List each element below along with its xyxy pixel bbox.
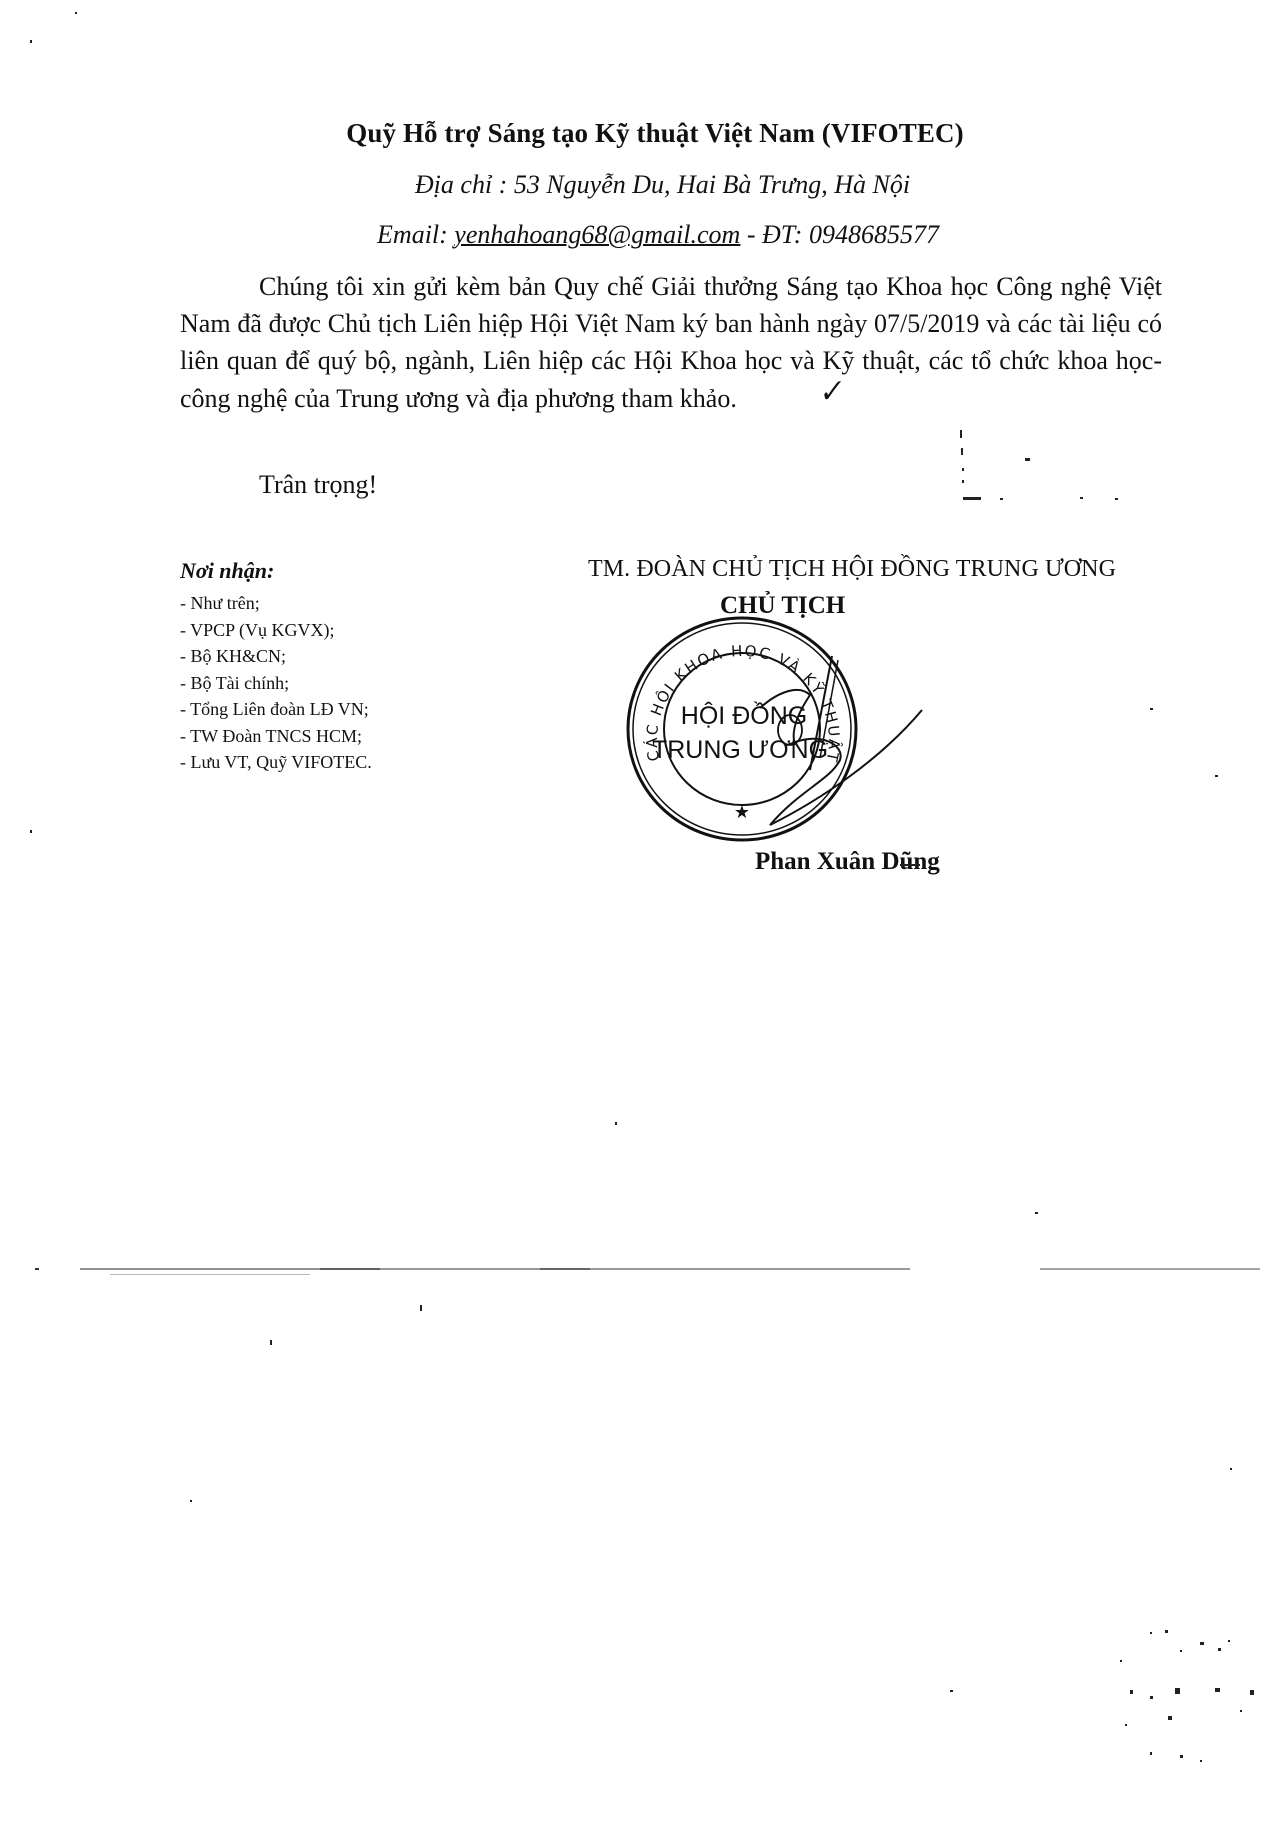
closing-line: Trân trọng! bbox=[259, 470, 377, 500]
organization-name: Quỹ Hỗ trợ Sáng tạo Kỹ thuật Việt Nam (V… bbox=[346, 118, 963, 149]
recipient-item: - VPCP (Vụ KGVX); bbox=[180, 617, 372, 644]
recipient-item: - Bộ KH&CN; bbox=[180, 643, 372, 670]
checkmark-icon: ✓ bbox=[737, 372, 845, 423]
recipients-list: - Như trên; - VPCP (Vụ KGVX); - Bộ KH&CN… bbox=[180, 590, 372, 776]
signer-name: Phan Xuân Dũng bbox=[755, 848, 940, 876]
signature-icon bbox=[760, 650, 990, 850]
contact-line: Email: yenhahoang68@gmail.com - ĐT: 0948… bbox=[0, 220, 1280, 250]
recipients-block: Nơi nhận: - Như trên; - VPCP (Vụ KGVX); … bbox=[180, 558, 372, 776]
recipient-item: - Như trên; bbox=[180, 590, 372, 617]
signer-on-behalf: TM. ĐOÀN CHỦ TỊCH HỘI ĐỒNG TRUNG ƯƠNG bbox=[542, 556, 1162, 583]
recipient-item: - Tổng Liên đoàn LĐ VN; bbox=[180, 696, 372, 723]
seal-star: ★ bbox=[734, 802, 750, 822]
recipient-item: - Bộ Tài chính; bbox=[180, 670, 372, 697]
recipient-item: - TW Đoàn TNCS HCM; bbox=[180, 723, 372, 750]
phone-text: - ĐT: 0948685577 bbox=[740, 220, 939, 249]
recipient-item: - Lưu VT, Quỹ VIFOTEC. bbox=[180, 749, 372, 776]
body-paragraph: Chúng tôi xin gửi kèm bản Quy chế Giải t… bbox=[180, 268, 1162, 417]
organization-title: Quỹ Hỗ trợ Sáng tạo Kỹ thuật Việt Nam (V… bbox=[0, 118, 1280, 149]
address-line: Địa chỉ : 53 Nguyễn Du, Hai Bà Trưng, Hà… bbox=[0, 170, 1280, 200]
body-paragraph-text: Chúng tôi xin gửi kèm bản Quy chế Giải t… bbox=[180, 272, 1162, 413]
address-text: Địa chỉ : 53 Nguyễn Du, Hai Bà Trưng, Hà… bbox=[415, 170, 910, 200]
email-link[interactable]: yenhahoang68@gmail.com bbox=[454, 220, 740, 249]
email-label: Email: bbox=[377, 220, 454, 249]
recipients-label: Nơi nhận: bbox=[180, 558, 372, 584]
